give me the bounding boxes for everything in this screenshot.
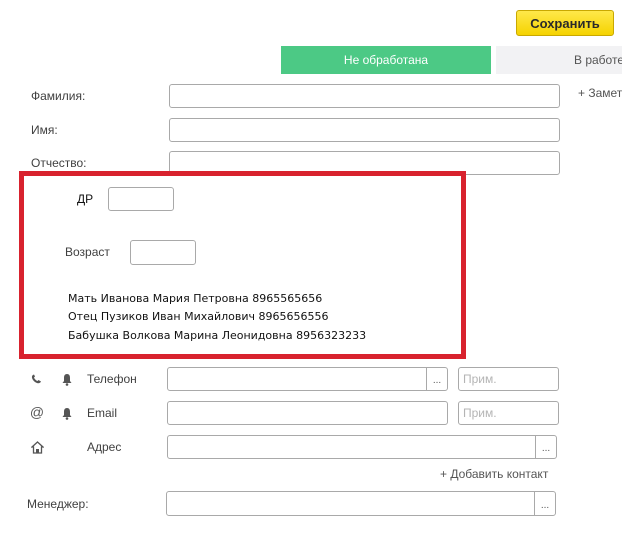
phone-icon [30, 372, 44, 386]
manager-select-button[interactable]: ... [534, 492, 555, 515]
birthdate-input[interactable] [108, 187, 174, 211]
relative-mother: Мать Иванова Мария Петровна 8965565656 [68, 292, 322, 305]
tab-not-processed[interactable]: Не обработана [281, 46, 491, 74]
age-label: Возраст [65, 245, 110, 259]
birthdate-label: ДР [77, 192, 93, 206]
bell-icon[interactable] [60, 372, 74, 386]
phone-select-button[interactable]: ... [426, 368, 447, 390]
tab-in-progress[interactable]: В работе [496, 46, 622, 74]
relative-grandmother: Бабушка Волкова Марина Леонидовна 895632… [68, 329, 366, 342]
phone-note-input[interactable]: Прим. [458, 367, 559, 391]
manager-label: Менеджер: [27, 497, 89, 511]
phone-label: Телефон [87, 372, 137, 386]
phone-input[interactable]: ... [167, 367, 448, 391]
address-select-button[interactable]: ... [535, 436, 556, 458]
manager-input[interactable]: ... [166, 491, 556, 516]
home-icon [30, 440, 44, 454]
save-button[interactable]: Сохранить [516, 10, 614, 36]
address-label: Адрес [87, 440, 121, 454]
add-note-link[interactable]: + Заметка [578, 86, 622, 100]
last-name-input[interactable] [169, 84, 560, 108]
first-name-label: Имя: [31, 123, 58, 137]
first-name-input[interactable] [169, 118, 560, 142]
last-name-label: Фамилия: [31, 89, 85, 103]
add-contact-link[interactable]: + Добавить контакт [440, 467, 548, 481]
email-input[interactable] [167, 401, 448, 425]
email-label: Email [87, 406, 117, 420]
age-input[interactable] [130, 240, 196, 265]
patronymic-label: Отчество: [31, 156, 87, 170]
bell-icon[interactable] [60, 406, 74, 420]
email-note-input[interactable]: Прим. [458, 401, 559, 425]
at-icon: @ [30, 405, 44, 419]
relative-father: Отец Пузиков Иван Михайлович 8965656556 [68, 310, 329, 323]
address-input[interactable]: ... [167, 435, 557, 459]
